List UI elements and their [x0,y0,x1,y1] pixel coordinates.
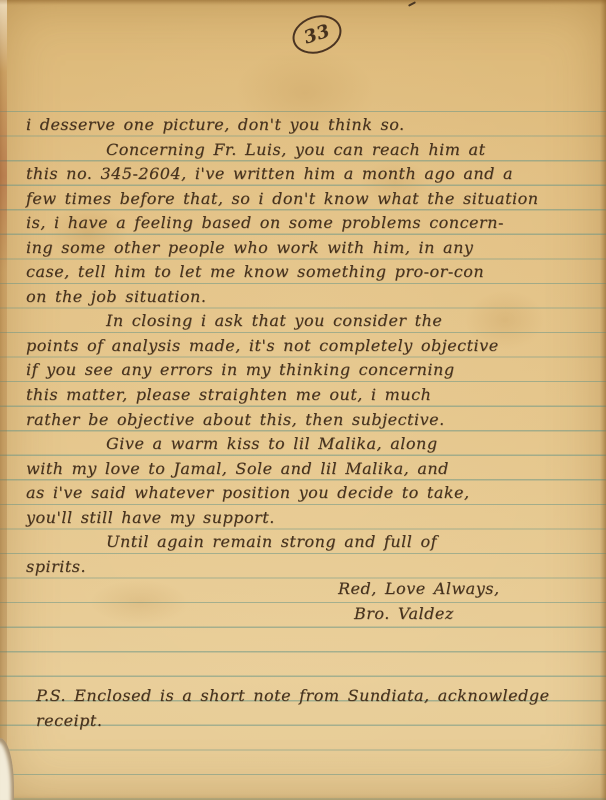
signature-closing: Red, Love Always, [338,577,500,602]
letter-line: as i've said whatever position you decid… [26,481,592,506]
letter-line: i desserve one picture, don't you think … [26,113,592,138]
letter-line: In closing i ask that you consider the [26,309,592,334]
page-number-badge: 33 [288,9,347,60]
scan-edge-top [0,0,606,5]
letter-line: you'll still have my support. [26,506,592,531]
scan-edge-left [0,0,7,800]
letter-line: on the job situation. [26,285,592,310]
paper-stain [90,580,190,625]
page-number: 33 [301,20,332,48]
letter-line: with my love to Jamal, Sole and lil Mali… [26,457,592,482]
postscript-block: P.S. Enclosed is a short note from Sundi… [36,684,550,733]
letter-line: few times before that, so i don't know w… [26,187,592,212]
postscript-line: receipt. [36,709,550,734]
letter-body: i desserve one picture, don't you think … [26,113,592,579]
letter-line: spirits. [26,555,592,580]
letter-line: Give a warm kiss to lil Malika, along [26,432,592,457]
letter-line: rather be objective about this, then sub… [26,408,592,433]
postscript-line: P.S. Enclosed is a short note from Sundi… [36,684,550,709]
scan-edge-right [600,0,606,800]
scanned-letter-page: 33 i desserve one picture, don't you thi… [0,0,606,800]
letter-line: is, i have a feeling based on some probl… [26,211,592,236]
signature-name: Bro. Valdez [338,602,500,627]
letter-line: Concerning Fr. Luis, you can reach him a… [26,138,592,163]
signature-block: Red, Love Always, Bro. Valdez [338,577,500,626]
letter-line: points of analysis made, it's not comple… [26,334,592,359]
letter-line: this matter, please straighten me out, i… [26,383,592,408]
page-corner-curl [0,738,14,800]
letter-line: this no. 345-2604, i've written him a mo… [26,162,592,187]
letter-line: Until again remain strong and full of [26,530,592,555]
letter-line: ing some other people who work with him,… [26,236,592,261]
letter-line: if you see any errors in my thinking con… [26,358,592,383]
letter-line: case, tell him to let me know something … [26,260,592,285]
